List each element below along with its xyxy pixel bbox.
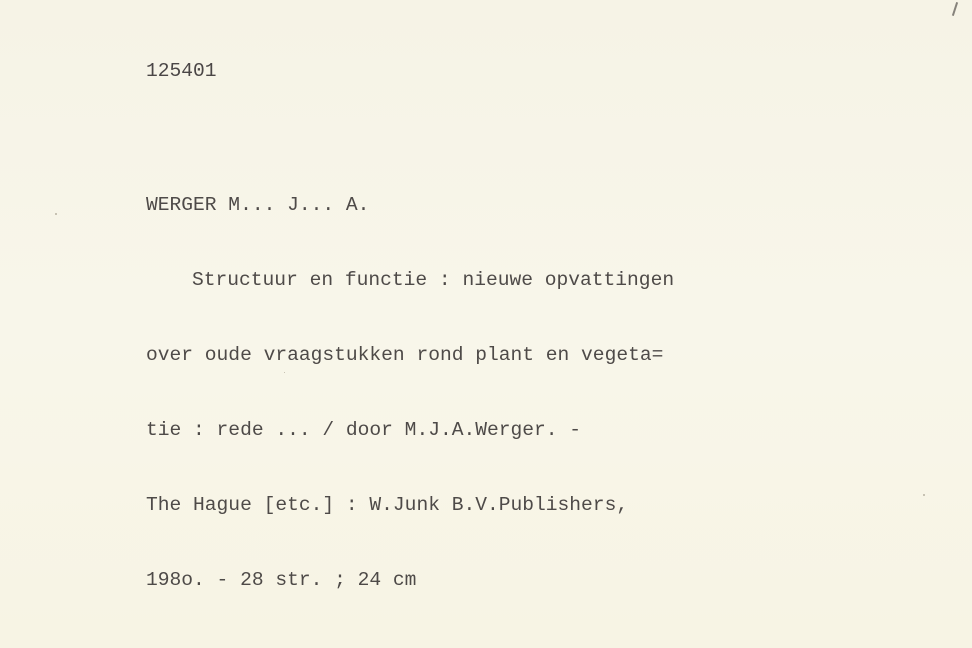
author-heading: WERGER M... J... A. bbox=[146, 193, 674, 218]
bibliographic-entry: WERGER M... J... A. Structuur en functie… bbox=[146, 143, 674, 643]
title-line: Structuur en functie : nieuwe opvattinge… bbox=[146, 268, 674, 293]
title-line: over oude vraagstukken rond plant en veg… bbox=[146, 343, 674, 368]
paper-speck bbox=[923, 494, 925, 496]
title-line: tie : rede ... / door M.J.A.Werger. - bbox=[146, 418, 674, 443]
publication-line: The Hague [etc.] : W.Junk B.V.Publishers… bbox=[146, 493, 674, 518]
catalog-card: 125401 WERGER M... J... A. Structuur en … bbox=[0, 0, 972, 648]
pencil-mark bbox=[952, 2, 958, 16]
accession-number: 125401 bbox=[146, 59, 217, 84]
paper-speck bbox=[55, 213, 57, 215]
collation-line: 198o. - 28 str. ; 24 cm bbox=[146, 568, 674, 593]
